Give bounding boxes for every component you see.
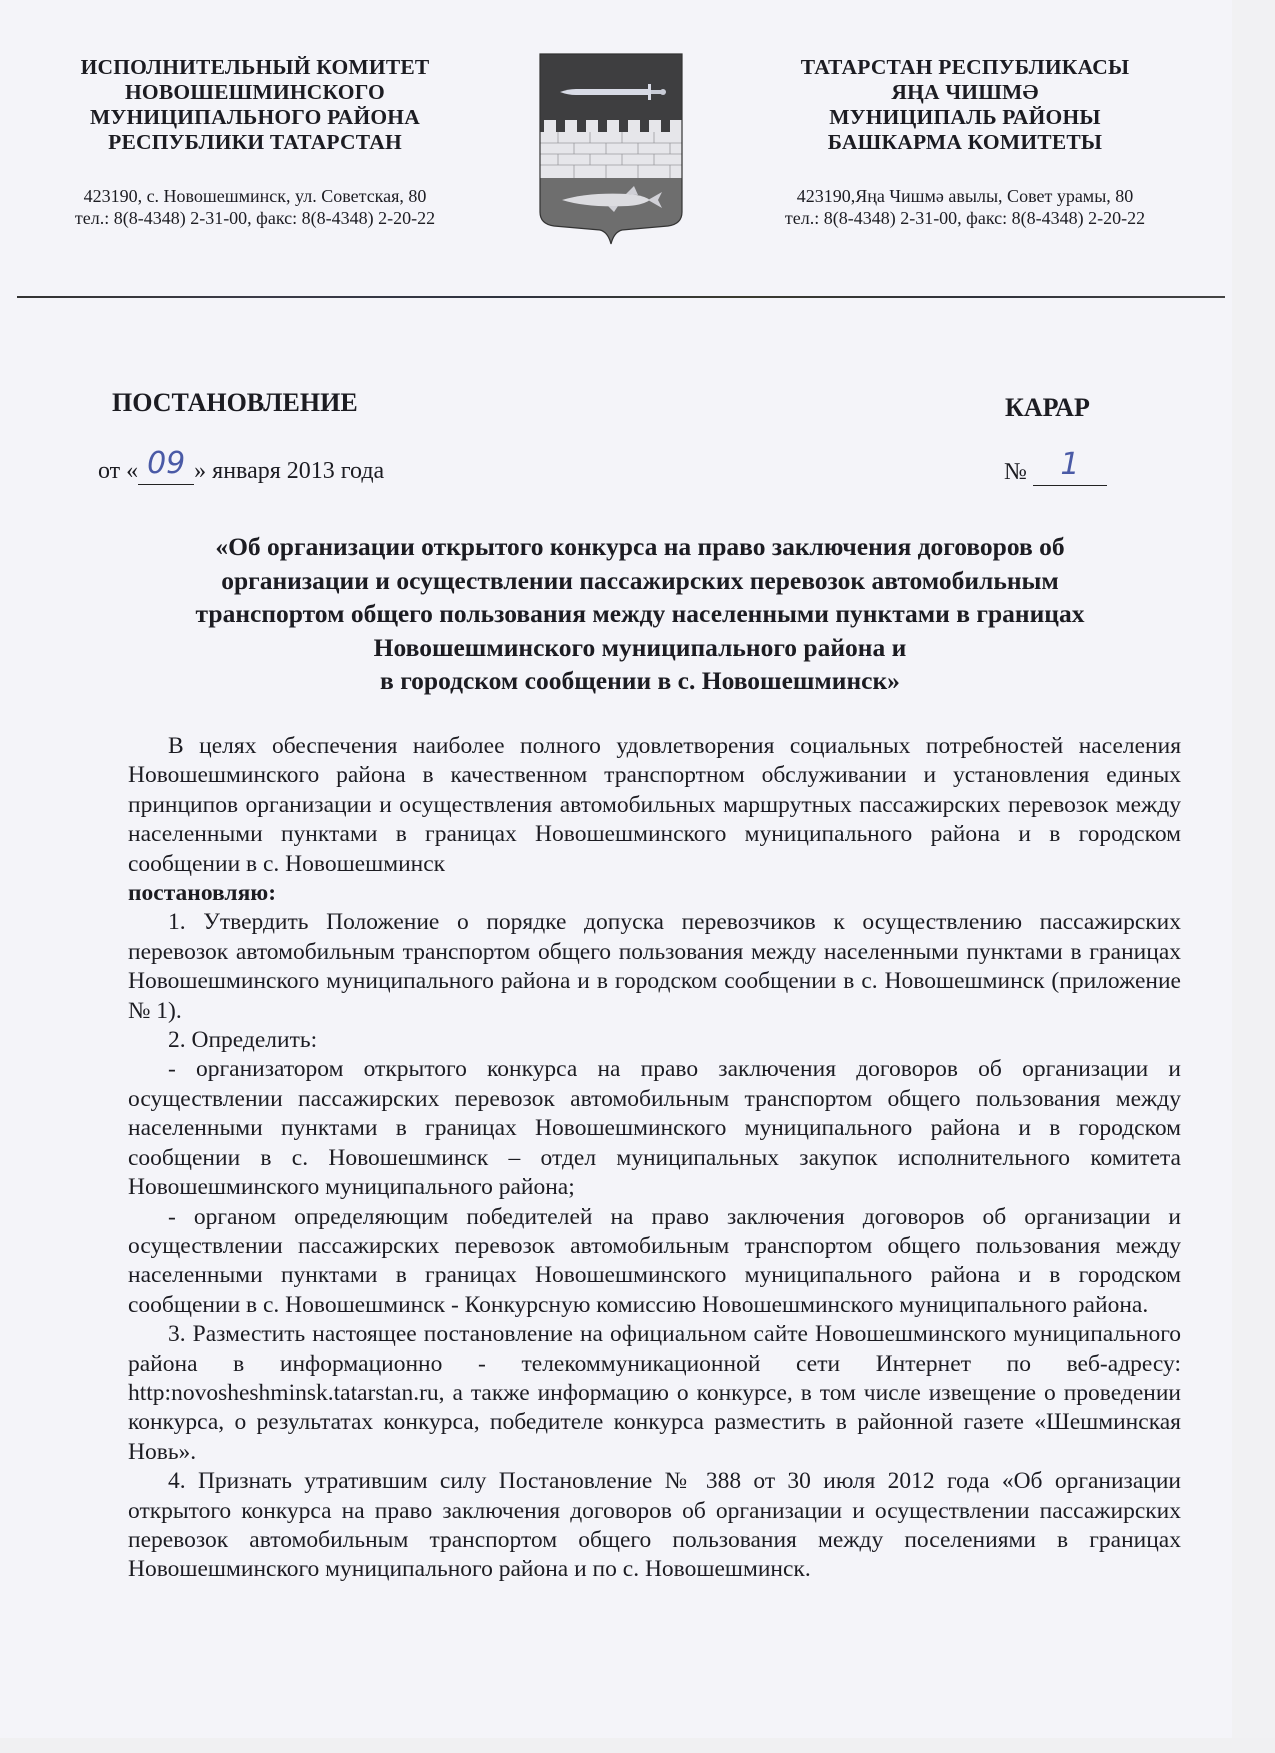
number-field: 1 xyxy=(1033,461,1107,486)
document-body: В целях обеспечения наиболее полного удо… xyxy=(128,732,1181,1585)
item-4: 4. Признать утратившим силу Постановлени… xyxy=(128,1467,1181,1585)
number-label: № xyxy=(1004,459,1027,485)
document-number: №1 xyxy=(1004,459,1107,486)
phones: тел.: 8(8-4348) 2-31-00, факс: 8(8-4348)… xyxy=(740,207,1190,229)
org-name-line: ЯҢА ЧИШМӘ xyxy=(740,80,1190,105)
title-line: «Об организации открытого конкурса на пр… xyxy=(140,530,1140,564)
org-name-line: БАШКАРМА КОМИТЕТЫ xyxy=(740,130,1190,155)
title-line: организации и осуществлении пассажирских… xyxy=(140,564,1140,598)
document-title: «Об организации открытого конкурса на пр… xyxy=(140,530,1140,698)
date-suffix: » января 2013 года xyxy=(194,458,384,484)
org-name-line: ТАТАРСТАН РЕСПУБЛИКАСЫ xyxy=(740,55,1190,80)
address: 423190,Яңа Чишмә авылы, Совет урамы, 80 xyxy=(740,185,1190,207)
title-line: Новошешминского муниципального района и xyxy=(140,631,1140,665)
resolve-line: постановляю: xyxy=(128,879,1181,908)
contact-block: 423190, с. Новошешминск, ул. Советская, … xyxy=(20,185,490,229)
date-prefix: от « xyxy=(98,458,138,484)
phones: тел.: 8(8-4348) 2-31-00, факс: 8(8-4348)… xyxy=(20,207,490,229)
doc-type-russian: ПОСТАНОВЛЕНИЕ xyxy=(112,388,358,418)
header-right-tatar: ТАТАРСТАН РЕСПУБЛИКАСЫ ЯҢА ЧИШМӘ МУНИЦИП… xyxy=(740,55,1190,229)
header-divider xyxy=(17,296,1225,298)
date-day-field: 09 xyxy=(138,460,194,485)
item-2-heading: 2. Определить: xyxy=(128,1026,1181,1055)
preamble-text: В целях обеспечения наиболее полного удо… xyxy=(128,733,1181,877)
resolve-colon: : xyxy=(268,880,276,906)
item-1: 1. Утвердить Положение о порядке допуска… xyxy=(128,908,1181,1026)
scan-margin-bottom xyxy=(0,1738,1275,1753)
address: 423190, с. Новошешминск, ул. Советская, … xyxy=(20,185,490,207)
coat-of-arms-icon xyxy=(538,52,684,246)
org-name-line: РЕСПУБЛИКИ ТАТАРСТАН xyxy=(20,130,490,155)
resolve-word: постановляю xyxy=(128,880,268,906)
org-name-line: НОВОШЕШМИНСКОГО xyxy=(20,80,490,105)
document-date: от «09» января 2013 года xyxy=(98,458,384,485)
scan-margin-right xyxy=(1232,0,1275,1753)
header-left-russian: ИСПОЛНИТЕЛЬНЫЙ КОМИТЕТ НОВОШЕШМИНСКОГО М… xyxy=(20,55,490,229)
item-2-organizer: - организатором открытого конкурса на пр… xyxy=(128,1055,1181,1202)
title-line: транспортом общего пользования между нас… xyxy=(140,597,1140,631)
title-line: в городском сообщении в с. Новошешминск» xyxy=(140,664,1140,698)
item-3: 3. Разместить настоящее постановление на… xyxy=(128,1320,1181,1467)
handwritten-day: 09 xyxy=(138,446,194,481)
org-name-line: ИСПОЛНИТЕЛЬНЫЙ КОМИТЕТ xyxy=(20,55,490,80)
doc-type-tatar: КАРАР xyxy=(1005,393,1090,423)
handwritten-number: 1 xyxy=(1033,447,1107,482)
preamble-paragraph: В целях обеспечения наиболее полного удо… xyxy=(128,732,1181,879)
org-name-line: МУНИЦИПАЛЬНОГО РАЙОНА xyxy=(20,105,490,130)
item-2-commission: - органом определяющим победителей на пр… xyxy=(128,1203,1181,1321)
org-name-line: МУНИЦИПАЛЬ РАЙОНЫ xyxy=(740,105,1190,130)
contact-block: 423190,Яңа Чишмә авылы, Совет урамы, 80 … xyxy=(740,185,1190,229)
